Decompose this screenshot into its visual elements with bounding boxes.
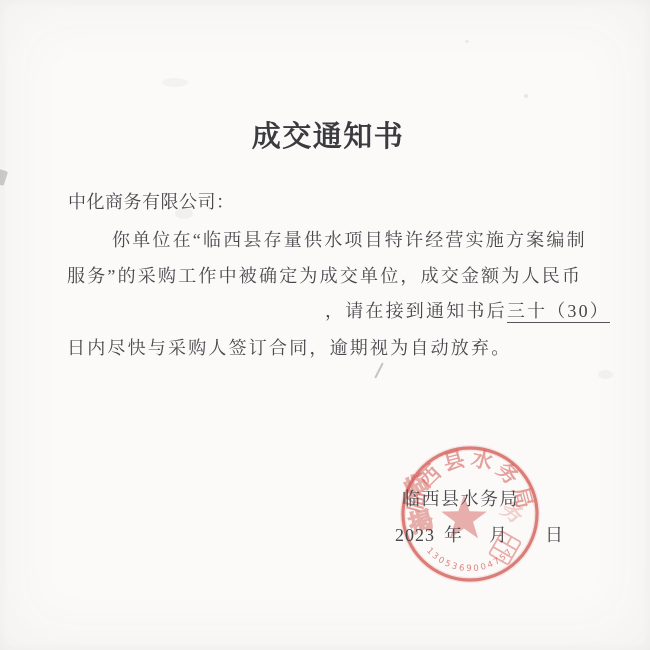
scan-artifact-speck bbox=[465, 40, 469, 43]
recipient-line: 中化商务有限公司： bbox=[68, 192, 235, 214]
scan-artifact-slash bbox=[374, 362, 383, 378]
body-line-3-prefix: ，请在接到通知书后 bbox=[325, 301, 507, 321]
date-line: 2023年月日 bbox=[395, 521, 564, 547]
page-title: 成交通知书 bbox=[252, 114, 405, 155]
deadline-underlined-text: 三十（30） bbox=[507, 301, 610, 323]
date-day-label: 日 bbox=[545, 525, 564, 545]
body-line-3: ，请在接到通知书后三十（30） bbox=[325, 301, 610, 323]
scan-artifact-speck bbox=[524, 94, 528, 98]
award-notice-document: 成交通知书 中化商务有限公司： 你单位在“临西县存量供水项目特许经营实施方案编制… bbox=[0, 0, 650, 650]
body-line-2: 服务”的采购工作中被确定为成交单位，成交金额为人民币 bbox=[67, 266, 582, 288]
scan-artifact-edge-mark bbox=[0, 169, 8, 186]
body-line-1: 你单位在“临西县存量供水项目特许经营实施方案编制 bbox=[112, 230, 587, 252]
body-line-4: 日内尽快与采购人签订合同，逾期视为自动放弃。 bbox=[67, 338, 511, 360]
date-month-label: 月 bbox=[489, 525, 508, 545]
scan-artifact-smudge bbox=[598, 370, 613, 379]
date-year-label: 年 bbox=[444, 525, 463, 545]
official-seal: 临西县水务局 临 揭 务 1305369004757 bbox=[375, 429, 565, 599]
date-year: 2023 bbox=[395, 525, 435, 545]
scan-artifact-smudge bbox=[162, 78, 188, 87]
seal-ring bbox=[403, 448, 537, 580]
seal-ring-outer bbox=[403, 448, 537, 580]
seal-serial-number: 1305369004757 bbox=[424, 546, 516, 574]
issuer-signature: 临西县水务局 bbox=[402, 485, 519, 511]
